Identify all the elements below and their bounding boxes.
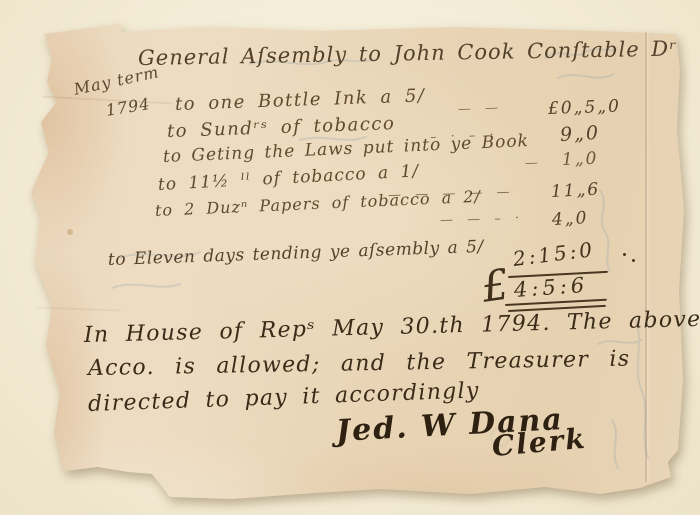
entry-amount: 11„6: [550, 179, 600, 202]
entry-amount: 9„0: [559, 122, 600, 146]
entry-amount: 1„0: [562, 149, 599, 170]
entry-dashes: — — – ·: [440, 211, 524, 228]
entry-amount: 4„0: [551, 208, 588, 230]
entry-dashes: — —: [458, 100, 504, 117]
entry-amount: £0„5„0: [548, 96, 622, 119]
ink-dot: [632, 259, 635, 262]
ink-dot: [623, 253, 626, 256]
entry-dashes: —: [525, 155, 544, 171]
photo-backdrop: General Aſsembly to John Cook Conſtable …: [0, 0, 700, 515]
fold-crease-vertical: [645, 32, 647, 482]
